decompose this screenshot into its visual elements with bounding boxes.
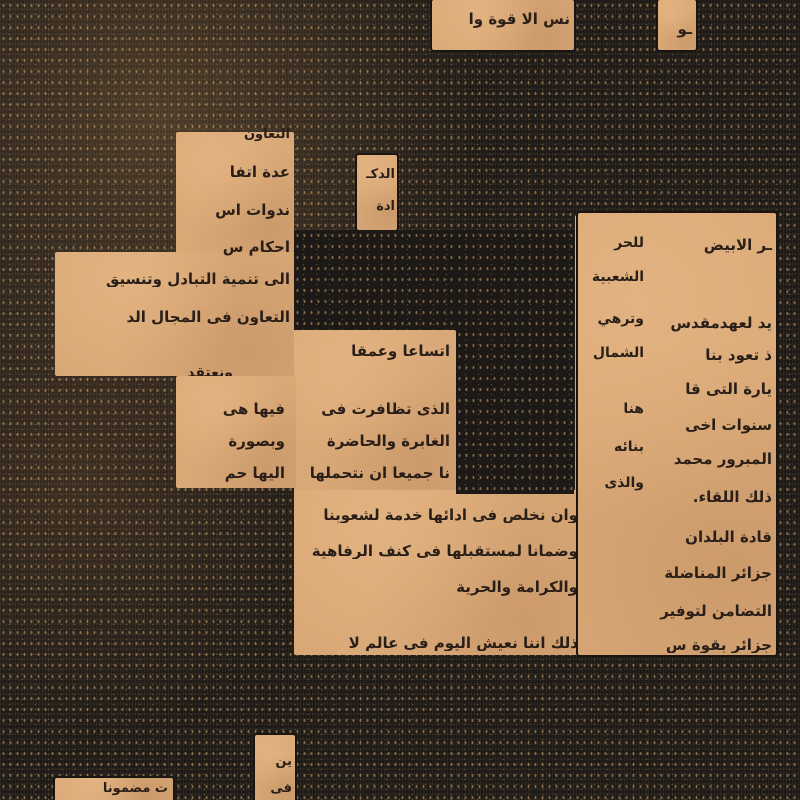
fragment-text: الشعبية (582, 270, 644, 284)
fragment-text: ذلك اللقاء. (650, 490, 772, 505)
fragment-text: ندوات اس (180, 203, 290, 218)
fragment-text: ادة (359, 200, 395, 213)
fragment-text: والكرامة والحرية (300, 580, 578, 595)
fragment-text: فيها هى (180, 402, 285, 417)
fragment-text: عدة اتفا (180, 165, 290, 180)
fragment-text: التعاون (180, 128, 290, 141)
fragment-text: اليها حم (180, 466, 285, 481)
fragment-text: يد لعهدمقدس (650, 316, 772, 331)
fragment-text: يارة التى قا (650, 382, 772, 397)
fragment-text: نا جميعا ان نتحملها (300, 466, 450, 481)
fragment-text: احكام س (180, 240, 290, 255)
fragment-text: وبصورة (180, 434, 285, 449)
fragment-text: نس الا قوة وا (440, 12, 570, 27)
fragment-text: الذى تظافرت فى (300, 402, 450, 417)
fragment-text: التضامن لتوفير (650, 604, 772, 619)
fragment-text: فى (258, 782, 292, 795)
ink-block-center (456, 230, 574, 494)
fragment-text: وترهي (582, 312, 644, 326)
fragment-text: هنا (582, 402, 644, 416)
fragment-text: بنائه (582, 440, 644, 454)
fragment-text: ت مضمونا (60, 782, 168, 795)
fragment-text: ين (258, 755, 292, 768)
ink-texture (294, 230, 456, 330)
fragment-text: للحر (582, 236, 644, 250)
fragment-text: الغابرة والحاضرة (300, 434, 450, 449)
fragment-text: الى تنمية التبادل وتنسيق (58, 272, 290, 287)
fragment-text: اتساعا وعمقا (300, 344, 450, 359)
ink-texture (456, 230, 574, 494)
paper-fragment-small (357, 155, 397, 230)
artwork-canvas: نس الا قوة وا ـو التعاون عدة اتفا ندوات … (0, 0, 800, 800)
fragment-text: جزائر بقوة س (650, 638, 772, 653)
fragment-text: سنوات اخى (650, 418, 772, 433)
fragment-text: ذلك اننا نعيش اليوم فى عالم لا (300, 636, 578, 651)
fragment-text: الشمال (582, 346, 644, 360)
fragment-text: ـو (664, 22, 692, 37)
ink-block-upper-center (294, 230, 456, 330)
fragment-text: وضمانا لمستقبلها فى كنف الرفاهية (300, 544, 578, 559)
fragment-text: قادة البلدان (650, 530, 772, 545)
fragment-text: المبرور محمد (650, 452, 772, 467)
fragment-text: والذى (582, 476, 644, 490)
fragment-text: ـر الابيض (650, 238, 772, 253)
fragment-text: جزائر المناضلة (650, 566, 772, 581)
fragment-text: التعاون فى المجال الد (58, 310, 290, 325)
fragment-text: وان نخلص فى ادائها خدمة لشعوبنا (300, 508, 578, 523)
fragment-text: الدكـ (359, 168, 395, 181)
fragment-text: ذ تعود بنا (650, 348, 772, 363)
